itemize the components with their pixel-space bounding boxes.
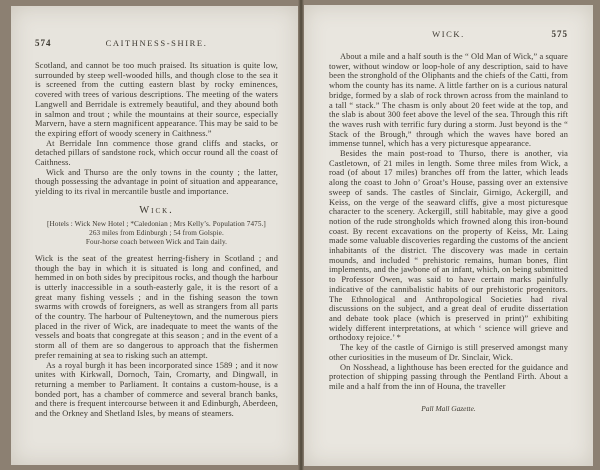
left-running-head: CAITHNESS-SHIRE. (106, 38, 208, 48)
coach-note-line: Four-horse coach between Wick and Tain d… (35, 238, 278, 247)
paragraph-berridale-inn: At Berridale Inn commence those grand cl… (35, 139, 278, 168)
paragraph-old-man-of-wick: About a mile and a half south is the “ O… (329, 52, 568, 149)
left-page: 574 CAITHNESS-SHIRE. Scotland, and canno… (11, 6, 298, 465)
right-running-head: WICK. (432, 29, 465, 39)
paragraph-wick-thurso: Wick and Thurso are the only towns in th… (35, 168, 278, 197)
distance-note-line: 263 miles from Edinburgh ; 54 from Golsp… (35, 229, 278, 238)
paragraph-post-road-castles: Besides the main post-road to Thurso, th… (329, 149, 568, 343)
left-page-header: 574 CAITHNESS-SHIRE. (35, 38, 278, 48)
paragraph-girnigo-key: The key of the castle of Girnigo is stil… (329, 343, 568, 362)
left-page-number: 574 (35, 38, 106, 48)
right-page-number: 575 (465, 29, 568, 39)
book-scan: 574 CAITHNESS-SHIRE. Scotland, and canno… (0, 0, 600, 470)
hotels-note-line: [Hotels : Wick New Hotel ; *Caledonian ;… (35, 220, 278, 229)
right-page: WICK. 575 About a mile and a half south … (304, 5, 593, 466)
paragraph-royal-burgh: As a royal burgh it has been incorporate… (35, 361, 278, 419)
paragraph-scotland-continuation: Scotland, and cannot be too much praised… (35, 61, 278, 139)
paragraph-nosshead-lighthouse: On Nosshead, a lighthouse has been erect… (329, 363, 568, 392)
right-page-header: WICK. 575 (329, 29, 568, 39)
footnote-attribution: Pall Mall Gazette. (329, 404, 568, 413)
paragraph-herring-fishery: Wick is the seat of the greatest herring… (35, 254, 278, 361)
section-heading-wick: Wick. (35, 205, 278, 216)
